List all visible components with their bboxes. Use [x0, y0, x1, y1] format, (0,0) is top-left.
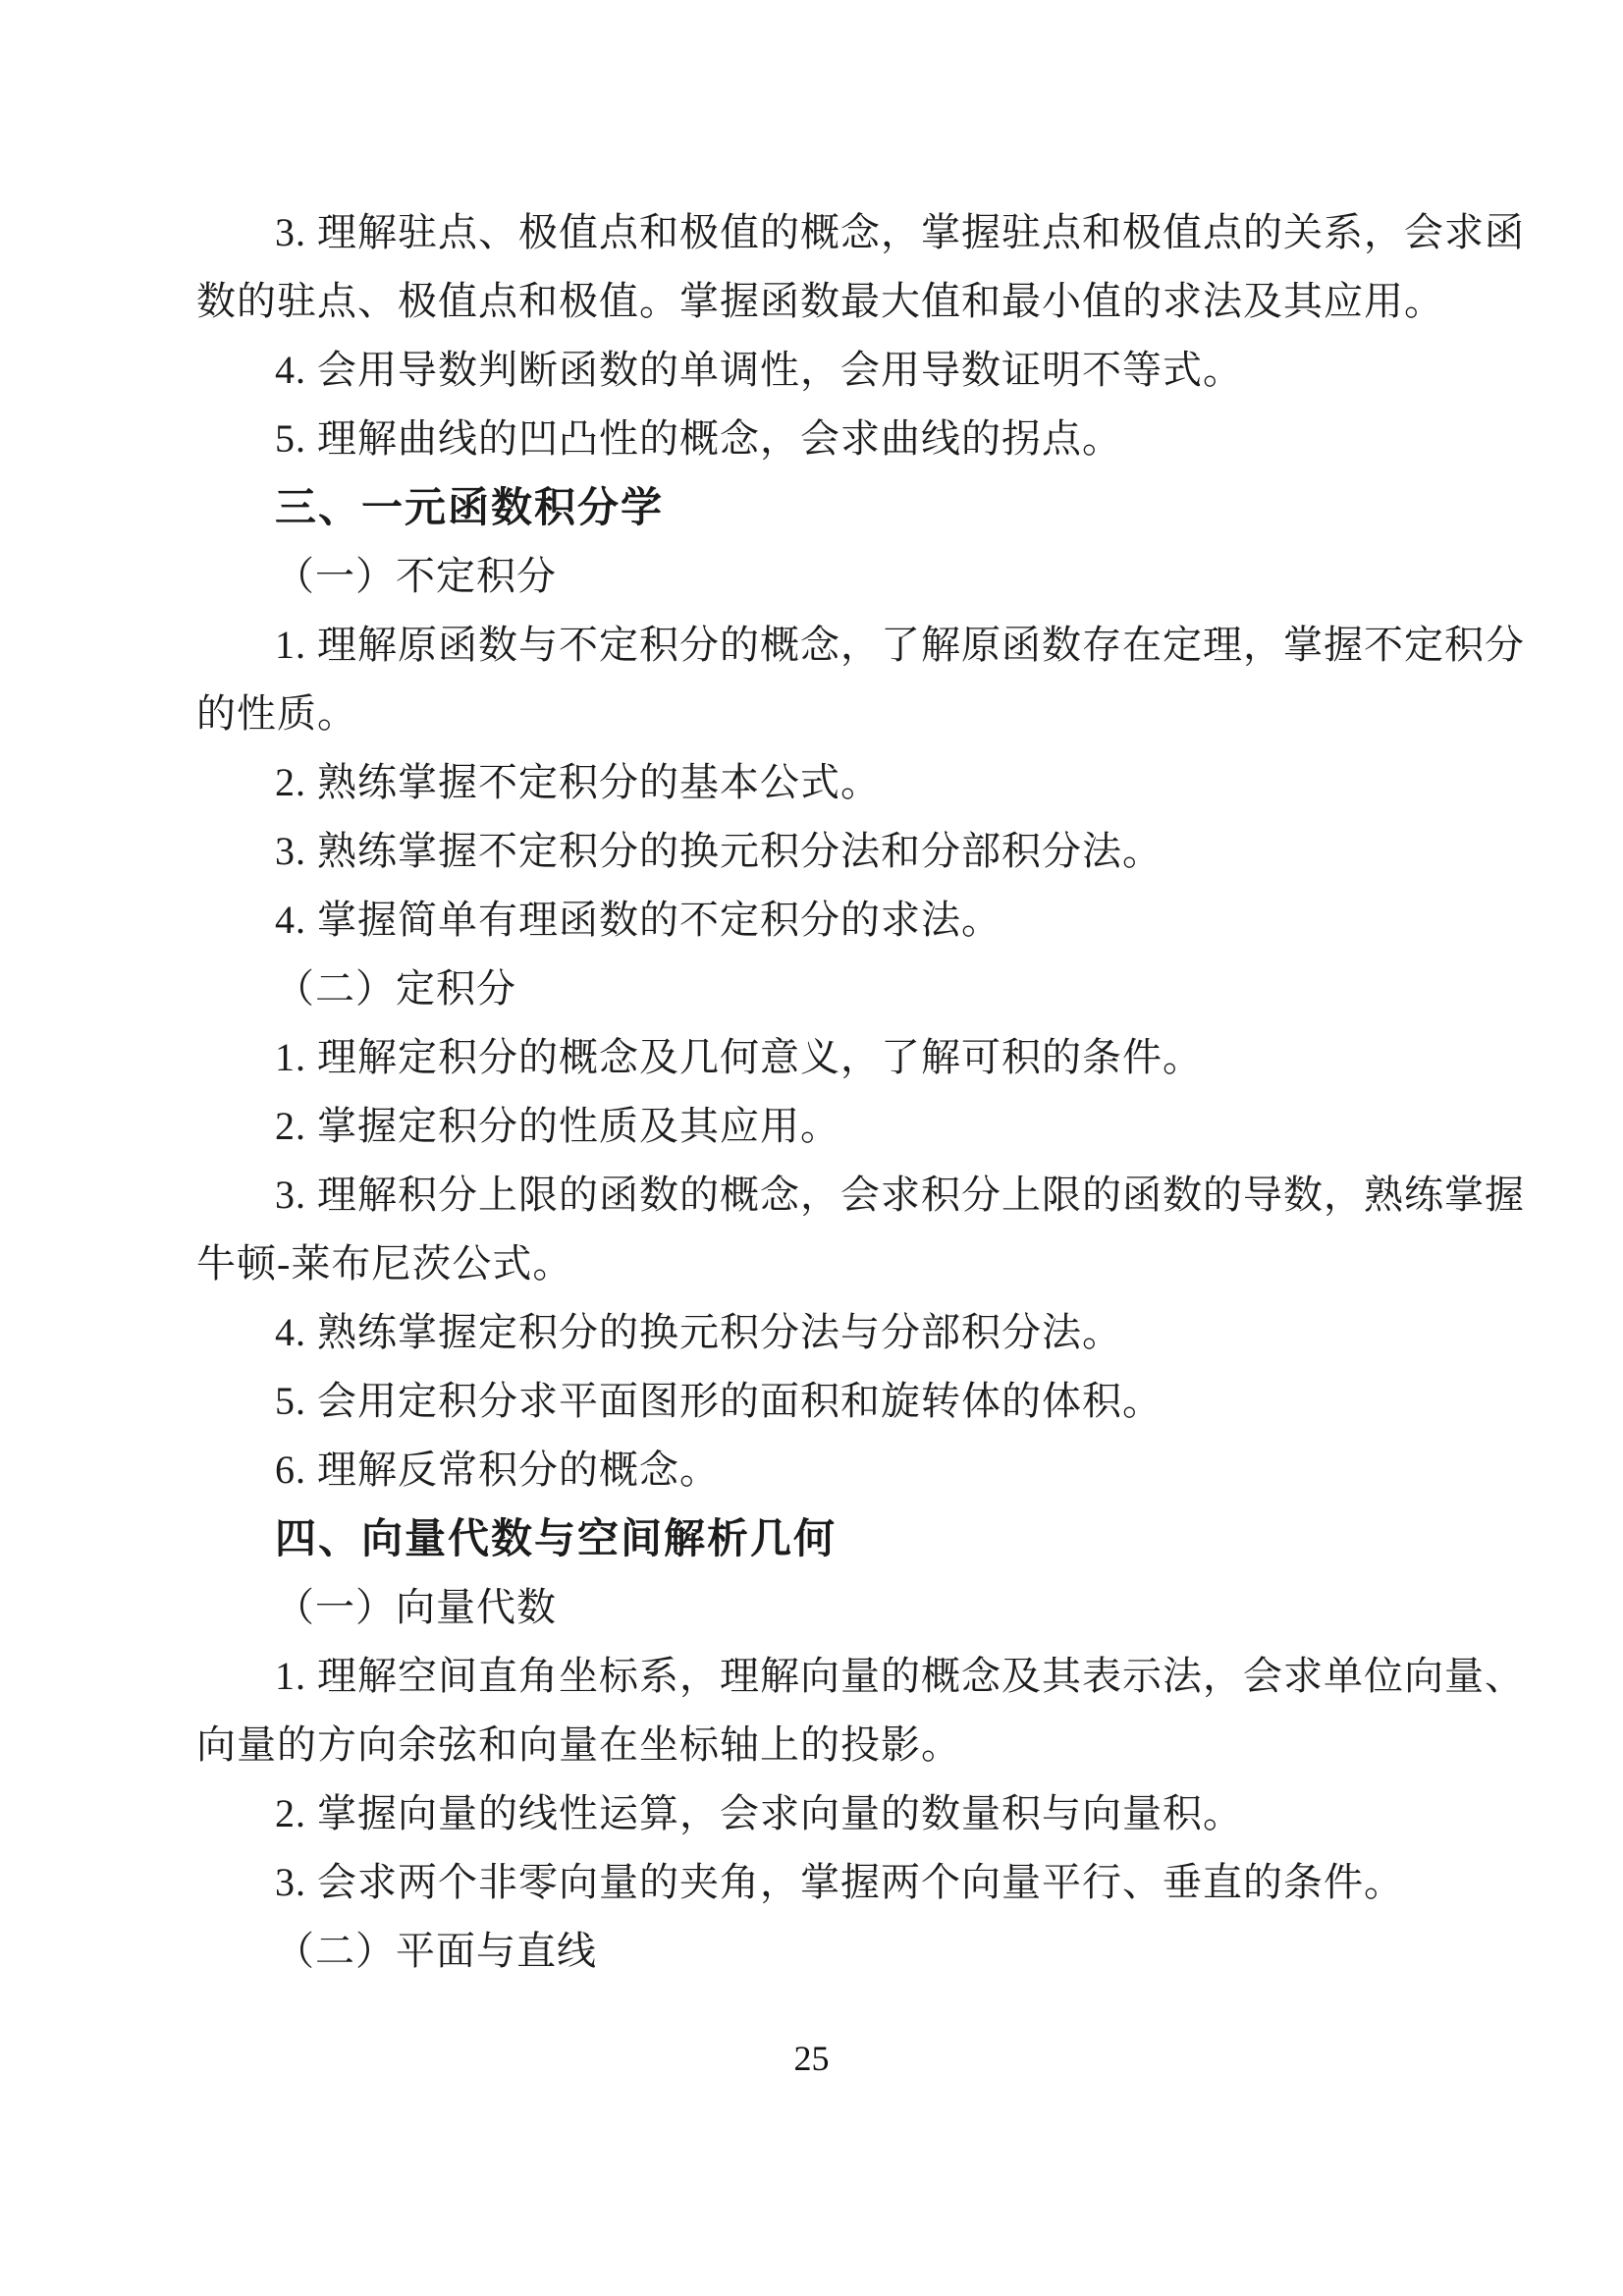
body-line: 3. 理解驻点、极值点和极值的概念，掌握驻点和极值点的关系，会求函	[196, 198, 1430, 267]
section-heading: 四、向量代数与空间解析几何	[196, 1504, 1430, 1573]
body-line: 3. 理解积分上限的函数的概念，会求积分上限的函数的导数，熟练掌握	[196, 1161, 1430, 1230]
subsection-heading: （二）平面与直线	[196, 1917, 1430, 1986]
subsection-heading: （二）定积分	[196, 955, 1430, 1023]
body-line: 4. 掌握简单有理函数的不定积分的求法。	[196, 886, 1430, 955]
body-line: 向量的方向余弦和向量在坐标轴上的投影。	[196, 1711, 1430, 1779]
body-line: 3. 熟练掌握不定积分的换元积分法和分部积分法。	[196, 817, 1430, 886]
body-line: 5. 理解曲线的凹凸性的概念，会求曲线的拐点。	[196, 405, 1430, 473]
body-line: 3. 会求两个非零向量的夹角，掌握两个向量平行、垂直的条件。	[196, 1848, 1430, 1917]
body-line: 1. 理解原函数与不定积分的概念，了解原函数存在定理，掌握不定积分	[196, 611, 1430, 680]
body-line: 牛顿-莱布尼茨公式。	[196, 1230, 1430, 1298]
body-line: 5. 会用定积分求平面图形的面积和旋转体的体积。	[196, 1367, 1430, 1436]
body-line: 2. 熟练掌握不定积分的基本公式。	[196, 748, 1430, 817]
subsection-heading: （一）向量代数	[196, 1573, 1430, 1642]
body-line: 的性质。	[196, 680, 1430, 748]
body-line: 2. 掌握定积分的性质及其应用。	[196, 1092, 1430, 1161]
subsection-heading: （一）不定积分	[196, 542, 1430, 611]
body-line: 4. 熟练掌握定积分的换元积分法与分部积分法。	[196, 1298, 1430, 1367]
body-line: 4. 会用导数判断函数的单调性，会用导数证明不等式。	[196, 336, 1430, 405]
body-line: 1. 理解定积分的概念及几何意义，了解可积的条件。	[196, 1023, 1430, 1092]
body-line: 数的驻点、极值点和极值。掌握函数最大值和最小值的求法及其应用。	[196, 267, 1430, 336]
body-line: 1. 理解空间直角坐标系，理解向量的概念及其表示法，会求单位向量、	[196, 1642, 1430, 1711]
text-block: 3. 理解驻点、极值点和极值的概念，掌握驻点和极值点的关系，会求函 数的驻点、极…	[196, 198, 1430, 1986]
body-line: 6. 理解反常积分的概念。	[196, 1436, 1430, 1504]
section-heading: 三、一元函数积分学	[196, 473, 1430, 542]
document-page: 3. 理解驻点、极值点和极值的概念，掌握驻点和极值点的关系，会求函 数的驻点、极…	[0, 0, 1623, 2296]
body-line: 2. 掌握向量的线性运算，会求向量的数量积与向量积。	[196, 1779, 1430, 1848]
page-number: 25	[0, 2023, 1623, 2094]
